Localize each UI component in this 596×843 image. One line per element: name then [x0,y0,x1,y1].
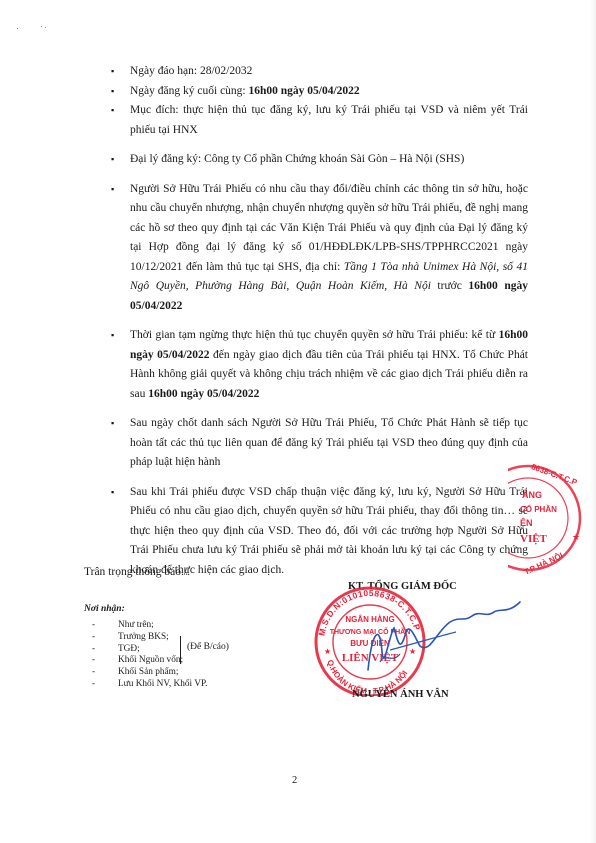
recipient-item: Khối Sản phẩm; [92,667,207,679]
svg-text:★: ★ [324,647,331,656]
svg-text:VIỆT: VIỆT [520,532,548,545]
recipient-item: Lưu Khối NV, Khối VP. [92,679,207,691]
svg-text:ỆN: ỆN [520,517,533,528]
transfer-suspension-item: Thời gian tạm ngừng thực hiện thủ tục ch… [108,326,528,404]
maturity-date-item: Ngày đáo hạn: 28/02/2032 [108,62,528,82]
partial-seal-stamp: ÀNG CỔ PHẦN ỆN VIỆT ★ 8638-C.T.C.P T.P H… [508,462,596,574]
closing-remark: Trân trọng thông báo./. [84,566,190,578]
svg-text:★: ★ [572,532,580,542]
purpose-item: Mục đích: thực hiện thủ tục đăng ký, lưu… [108,101,528,140]
scan-speck: · [44,23,47,32]
page-number: 2 [292,775,297,786]
recipients-list: Như trên; Trưởng BKS; TGĐ; Khối Nguồn vố… [92,620,207,691]
scan-speck: · [40,22,43,31]
recipient-item: Khối Nguồn vốn; [92,655,207,667]
svg-text:8638-C.T.C.P: 8638-C.T.C.P [530,462,579,487]
recipients-title: Nơi nhận: [84,604,125,614]
svg-text:CỔ PHẦN: CỔ PHẦN [520,504,557,514]
scan-speck: · [16,24,19,33]
scan-page-edge [590,0,596,843]
bracket-divider [180,636,181,664]
record-date-item: Ngày đăng ký cuối cùng: 16h00 ngày 05/04… [108,82,528,102]
bracket-note: (Để B/cáo) [187,642,229,652]
signer-name: NGUYỄN ÁNH VÂN [352,689,449,700]
registration-agent-item: Đại lý đăng ký: Công ty Cổ phần Chứng kh… [108,150,528,170]
post-record-date-item: Sau ngày chốt danh sách Người Sở Hữu Trá… [108,414,528,473]
svg-text:ÀNG: ÀNG [522,490,542,500]
recipient-item: Như trên; [92,620,207,632]
holder-change-request-item: Người Sở Hữu Trái Phiếu có nhu cầu thay … [108,180,528,317]
signature-scribble [360,592,530,682]
announcement-bullet-list: Ngày đáo hạn: 28/02/2032 Ngày đăng ký cu… [108,62,528,580]
